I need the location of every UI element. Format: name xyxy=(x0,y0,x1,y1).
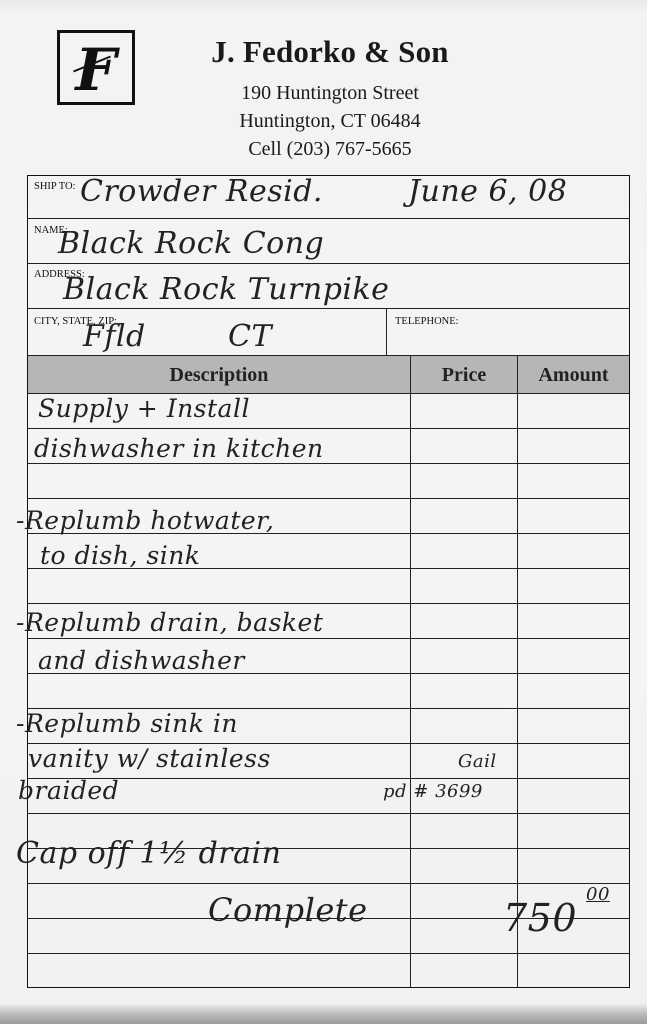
row-rule xyxy=(28,463,629,464)
line-item-text: and dishwasher xyxy=(38,646,245,675)
amount-header: Amount xyxy=(518,356,629,394)
line-item-text: braided xyxy=(18,776,119,805)
company-name: J. Fedorko & Son xyxy=(0,34,647,70)
line-item-text: -Replumb drain, basket xyxy=(16,608,323,637)
address-value: Black Rock Turnpike xyxy=(63,272,389,307)
description-header: Description xyxy=(28,356,410,394)
row-rule xyxy=(28,813,629,814)
ship-to-label: SHIP TO: xyxy=(34,181,76,192)
city-value: Ffld xyxy=(83,319,146,354)
line-item-text: vanity w/ stainless xyxy=(28,744,271,773)
line-item-text: to dish, sink xyxy=(40,541,200,570)
complete-note: Complete xyxy=(208,891,368,929)
line-item-text: Cap off 1½ drain xyxy=(16,836,281,871)
row-rule xyxy=(28,428,629,429)
row-rule xyxy=(28,638,629,639)
divider xyxy=(28,308,629,309)
company-street: 190 Huntington Street xyxy=(0,82,647,105)
total-cents: 00 xyxy=(586,884,610,905)
row-rule xyxy=(28,953,629,954)
divider xyxy=(28,218,629,219)
line-item-text: Supply + Install xyxy=(38,394,250,423)
row-rule xyxy=(28,883,629,884)
name-value: Black Rock Cong xyxy=(58,226,324,261)
line-item-text: -Replumb hotwater, xyxy=(16,506,274,535)
row-rule xyxy=(28,603,629,604)
column-divider xyxy=(517,355,518,987)
payment-note: pd # 3699 xyxy=(383,781,483,802)
payment-name: Gail xyxy=(458,751,497,772)
state-value: CT xyxy=(228,319,272,354)
company-city: Huntington, CT 06484 xyxy=(0,110,647,133)
invoice-form: SHIP TO: NAME: ADDRESS: CITY, STATE, ZIP… xyxy=(27,175,630,988)
date-value: June 6, 08 xyxy=(408,174,567,209)
price-header: Price xyxy=(411,356,517,394)
line-item-text: dishwasher in kitchen xyxy=(34,434,324,463)
divider xyxy=(386,308,387,355)
divider xyxy=(28,263,629,264)
company-phone: Cell (203) 767-5665 xyxy=(0,138,647,161)
ship-to-value: Crowder Resid. xyxy=(80,174,323,209)
telephone-label: TELEPHONE: xyxy=(395,316,459,327)
total-amount: 750 xyxy=(503,896,577,940)
line-item-text: -Replumb sink in xyxy=(16,709,238,738)
row-rule xyxy=(28,498,629,499)
column-divider xyxy=(410,355,411,987)
